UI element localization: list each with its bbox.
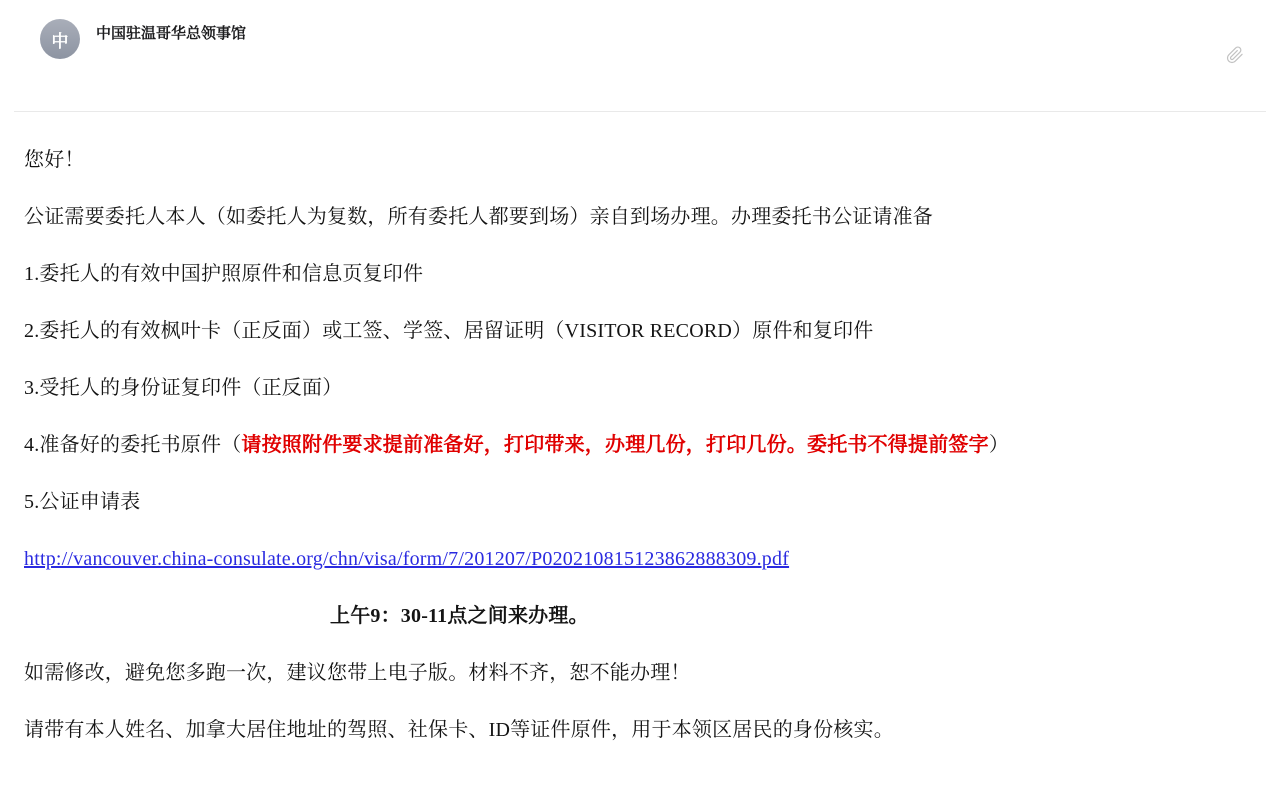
email-body: 您好！ 公证需要委托人本人（如委托人为复数，所有委托人都要到场）亲自到场办理。办… bbox=[0, 112, 1280, 744]
identity-verification-note: 请带有本人姓名、加拿大居住地址的驾照、社保卡、ID等证件原件，用于本领区居民的身… bbox=[24, 717, 1256, 744]
requirement-item-2: 2.委托人的有效枫叶卡（正反面）或工签、学签、居留证明（VISITOR RECO… bbox=[24, 318, 1256, 345]
application-form-link[interactable]: http://vancouver.china-consulate.org/chn… bbox=[24, 548, 789, 570]
header-divider bbox=[14, 111, 1266, 112]
requirement-item-1: 1.委托人的有效中国护照原件和信息页复印件 bbox=[24, 261, 1256, 288]
item4-prefix: 4.准备好的委托书原件（ bbox=[24, 434, 241, 456]
item4-red-warning: 请按照附件要求提前准备好，打印带来，办理几份，打印几份。委托书不得提前签字 bbox=[241, 434, 988, 456]
sender-avatar: 中 bbox=[40, 19, 80, 59]
item4-suffix: ） bbox=[989, 434, 1009, 456]
office-hours-notice: 上午9：30-11点之间来办理。 bbox=[24, 603, 1256, 630]
sender-name: 中国驻温哥华总领事馆 bbox=[96, 22, 246, 43]
paperclip-icon[interactable] bbox=[1226, 46, 1244, 64]
intro-text: 公证需要委托人本人（如委托人为复数，所有委托人都要到场）亲自到场办理。办理委托书… bbox=[24, 204, 1256, 231]
form-link-line: http://vancouver.china-consulate.org/chn… bbox=[24, 546, 1256, 573]
greeting-text: 您好！ bbox=[24, 147, 1256, 174]
revision-note: 如需修改，避免您多跑一次，建议您带上电子版。材料不齐，恕不能办理！ bbox=[24, 660, 1256, 687]
requirement-item-3: 3.受托人的身份证复印件（正反面） bbox=[24, 375, 1256, 402]
requirement-item-4: 4.准备好的委托书原件（请按照附件要求提前准备好，打印带来，办理几份，打印几份。… bbox=[24, 432, 1256, 459]
requirement-item-5: 5.公证申请表 bbox=[24, 489, 1256, 516]
email-header: 中 中国驻温哥华总领事馆 bbox=[0, 0, 1280, 112]
avatar-initial: 中 bbox=[52, 27, 69, 52]
